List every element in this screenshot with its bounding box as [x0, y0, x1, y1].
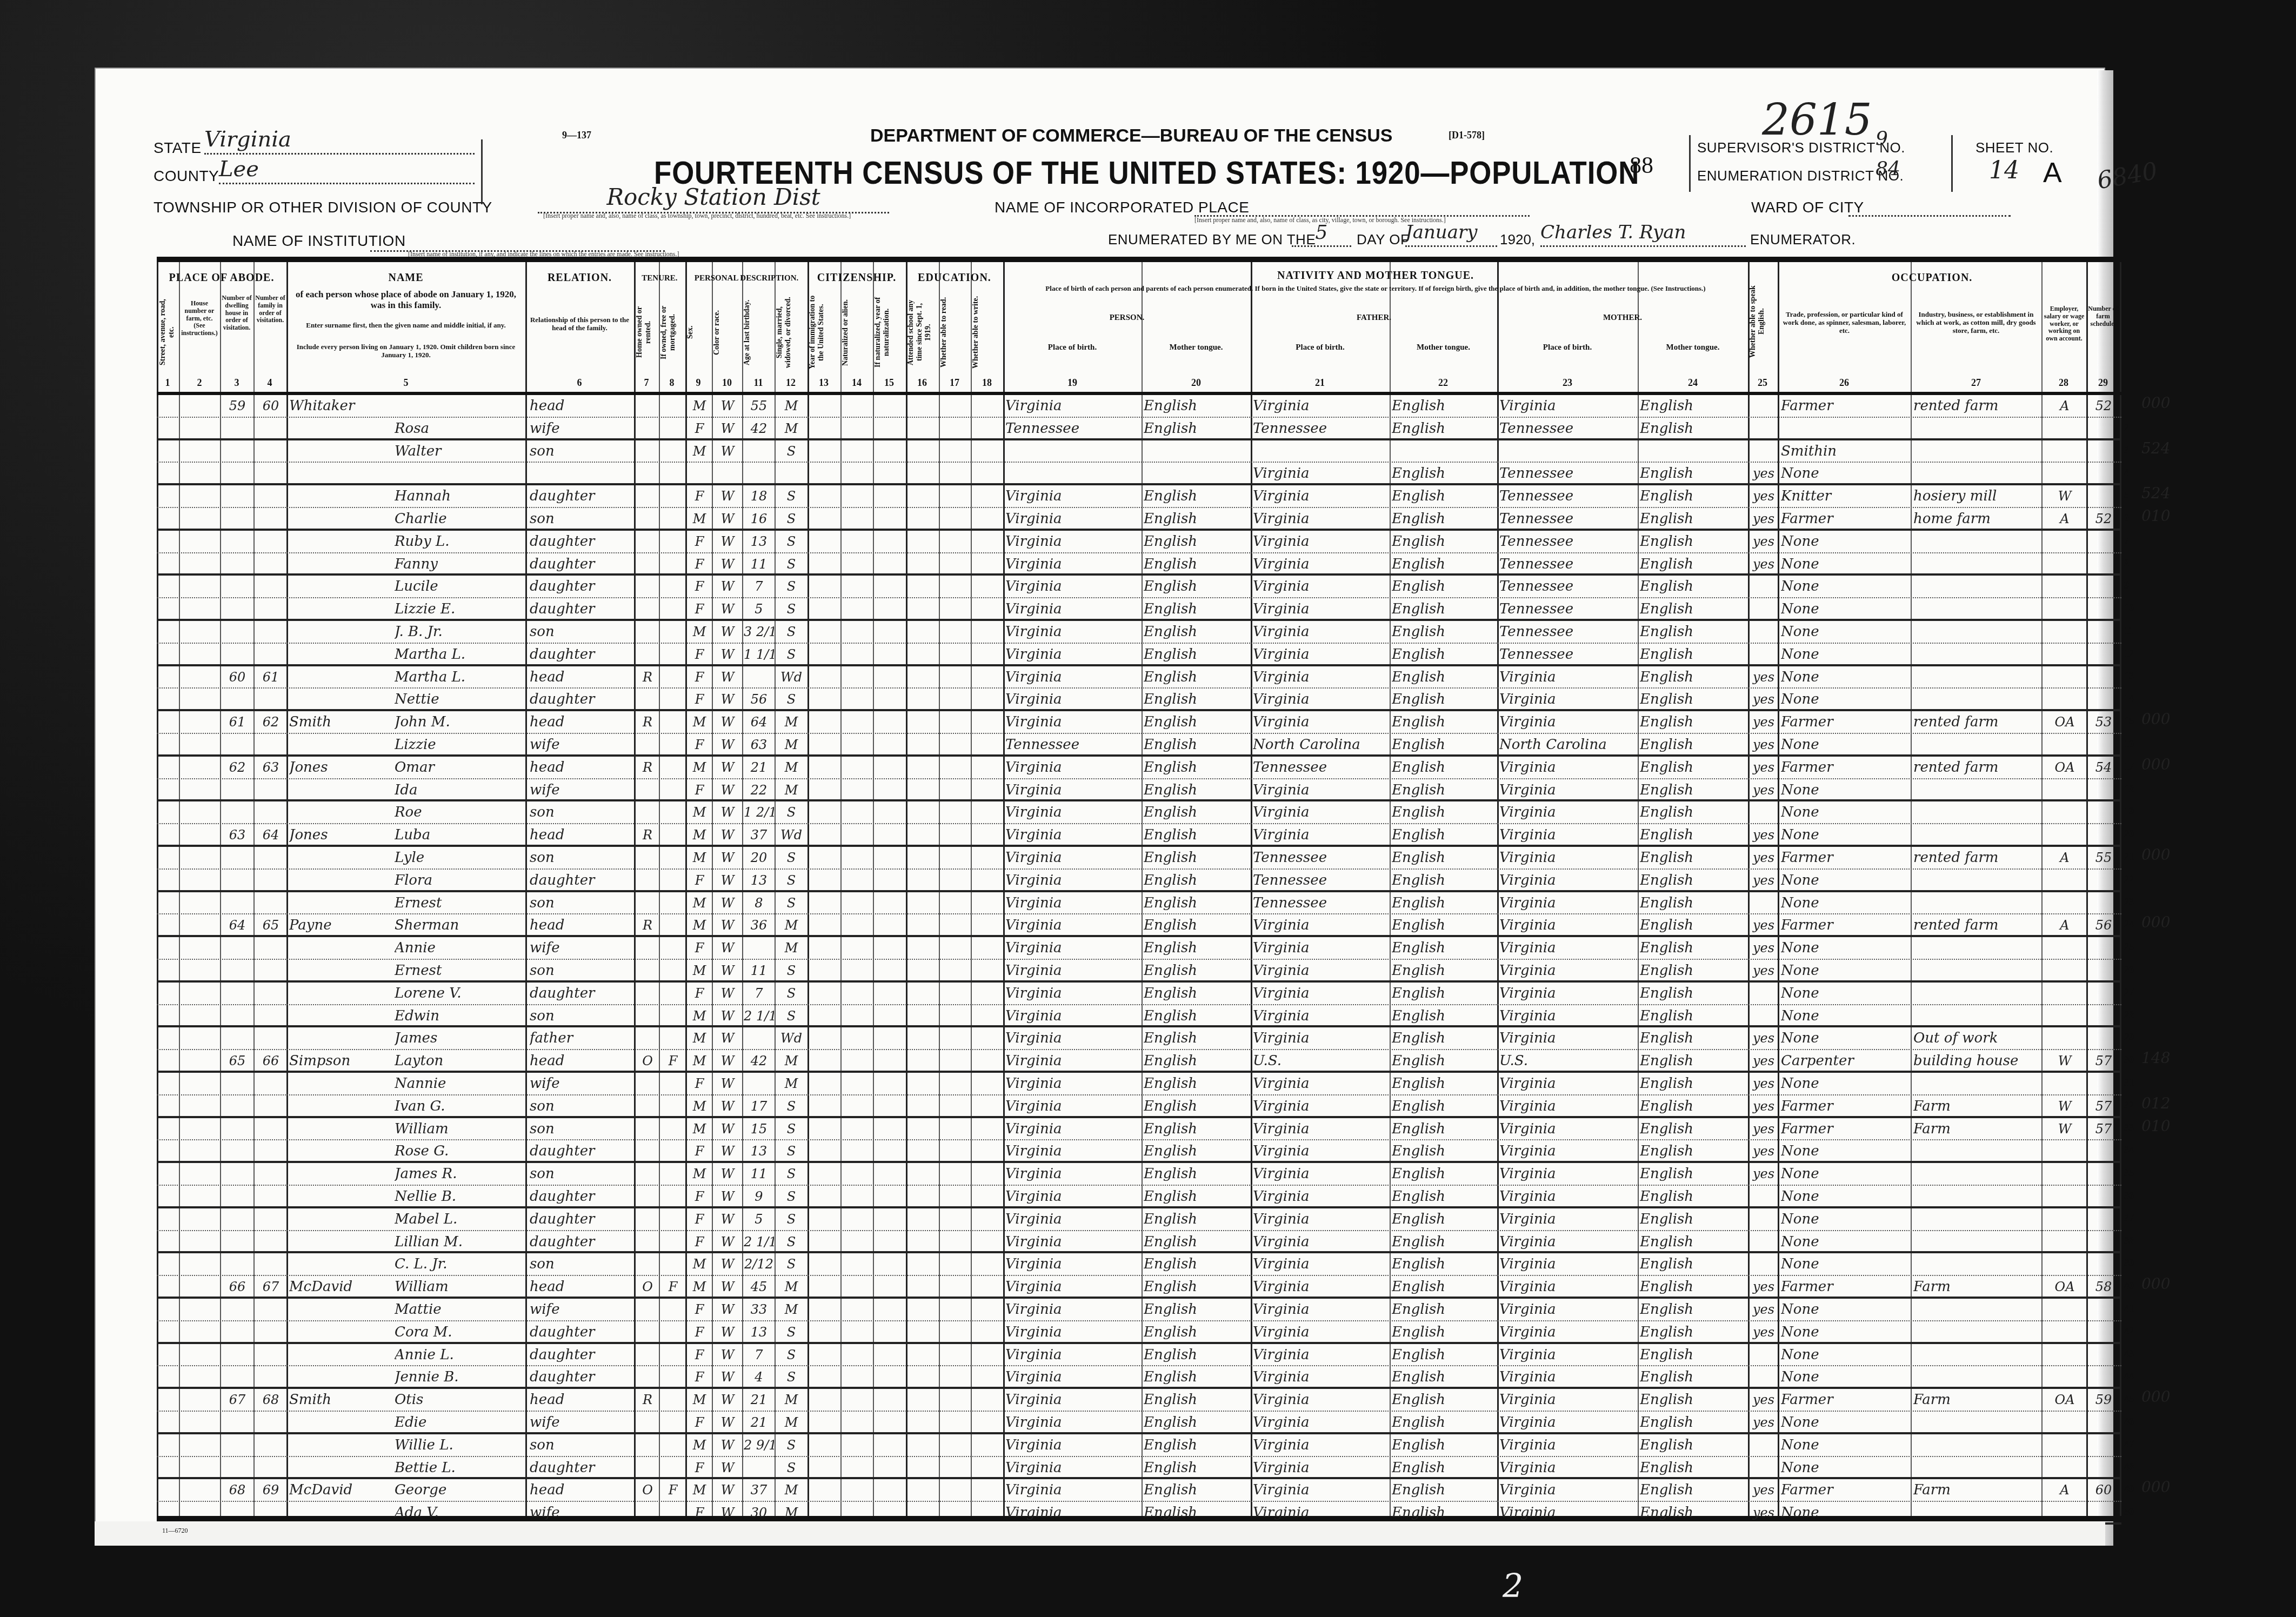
- farm-schedule-cell: 60: [2088, 1480, 2119, 1500]
- employer-class-cell: A: [2044, 848, 2085, 867]
- father-tongue-cell: English: [1392, 1277, 1496, 1297]
- mother-birthplace-cell: Virginia: [1499, 1164, 1636, 1184]
- given-name-cell: Lyle: [395, 848, 524, 867]
- father-birthplace-cell: Virginia: [1253, 1097, 1388, 1116]
- table-row: LylesonMW20SVirginiaEnglishTennesseeEngl…: [157, 847, 2121, 870]
- birthplace-cell: Tennessee: [1005, 419, 1140, 438]
- mortgage-cell: [661, 667, 685, 687]
- birthplace-cell: Virginia: [1005, 1254, 1140, 1274]
- mother-tongue-cell: English: [1640, 396, 1747, 416]
- mother-tongue-cell: English: [1144, 509, 1249, 529]
- relation-cell: daughter: [530, 486, 632, 506]
- marital-cell: M: [776, 1051, 806, 1071]
- mortgage-cell: [661, 1119, 685, 1139]
- speak-english-cell: [1750, 1187, 1777, 1206]
- mother-tongue-cell: English: [1640, 1345, 1747, 1365]
- line-number: 48: [2124, 1461, 2134, 1473]
- table-row: HannahdaughterFW18SVirginiaEnglishVirgin…: [157, 485, 2121, 508]
- mother-tongue-cell: English: [1640, 938, 1747, 958]
- tenure-cell: [637, 1164, 658, 1184]
- header-col11: Age at last birthday.: [743, 295, 773, 370]
- birthplace-cell: Virginia: [1005, 667, 1140, 687]
- given-name-cell: Otis: [395, 1390, 524, 1409]
- dwelling-number: 60: [222, 667, 253, 687]
- father-birthplace-cell: Virginia: [1253, 1254, 1388, 1274]
- mother-birthplace-cell: Tennessee: [1499, 509, 1636, 529]
- line-number: 10: [2124, 603, 2134, 614]
- sheet-side: A: [2043, 157, 2062, 189]
- industry-cell: [1913, 780, 2040, 800]
- farm-schedule-cell: 52: [2088, 509, 2119, 529]
- trade-cell: None: [1781, 577, 1910, 596]
- marital-cell: S: [776, 1345, 806, 1365]
- table-row: 6566SimpsonLaytonheadOFMW42MVirginiaEngl…: [157, 1050, 2121, 1073]
- given-name-cell: Willie L.: [395, 1435, 524, 1455]
- mother-birthplace-cell: North Carolina: [1499, 735, 1636, 754]
- speak-english-cell: yes: [1750, 532, 1777, 551]
- father-tongue-cell: English: [1392, 1051, 1496, 1071]
- given-name-cell: Bettie L.: [395, 1458, 524, 1478]
- mother-tongue-cell: English: [1144, 1367, 1249, 1387]
- mortgage-cell: [661, 780, 685, 800]
- tenure-cell: [637, 1345, 658, 1365]
- employer-class-cell: W: [2044, 1119, 2085, 1139]
- marital-cell: S: [776, 984, 806, 1003]
- industry-cell: [1913, 464, 2040, 483]
- age-cell: 33: [744, 1300, 774, 1319]
- mother-birthplace-cell: Virginia: [1499, 961, 1636, 980]
- tenure-cell: [637, 1210, 658, 1229]
- family-number: [255, 1119, 286, 1139]
- mother-tongue-cell: English: [1144, 599, 1249, 619]
- industry-cell: [1913, 825, 2040, 845]
- marital-cell: S: [776, 622, 806, 642]
- relation-cell: son: [530, 1006, 632, 1026]
- dwelling-number: [222, 1435, 253, 1455]
- farm-schedule-cell: 58: [2088, 1277, 2119, 1297]
- speak-english-cell: [1750, 396, 1777, 416]
- relation-cell: father: [530, 1028, 632, 1048]
- dwelling-number: [222, 848, 253, 867]
- sex-cell: F: [688, 554, 711, 574]
- family-number: [255, 1028, 286, 1048]
- age-cell: 11: [744, 1164, 774, 1184]
- trade-cell: None: [1781, 1367, 1910, 1387]
- birthplace-cell: Virginia: [1005, 871, 1140, 890]
- mother-tongue-cell: English: [1144, 803, 1249, 822]
- mother-tongue-cell: English: [1640, 464, 1747, 483]
- industry-cell: [1913, 984, 2040, 1003]
- given-name-cell: Cora M.: [395, 1322, 524, 1342]
- race-cell: W: [714, 645, 741, 664]
- family-number: 62: [255, 712, 286, 732]
- birthplace-cell: Virginia: [1005, 1074, 1140, 1093]
- employer-class-cell: [2044, 1435, 2085, 1455]
- industry-cell: [1913, 1503, 2040, 1522]
- tenure-cell: [637, 1503, 658, 1522]
- industry-cell: [1913, 1006, 2040, 1026]
- given-name-cell: Lizzie: [395, 735, 524, 754]
- industry-cell: [1913, 690, 2040, 709]
- family-number: [255, 848, 286, 867]
- race-cell: W: [714, 1413, 741, 1432]
- township-label: TOWNSHIP OR OTHER DIVISION OF COUNTY: [153, 199, 492, 216]
- sex-cell: F: [688, 1345, 711, 1365]
- birthplace-cell: Virginia: [1005, 1006, 1140, 1026]
- father-tongue-cell: English: [1392, 780, 1496, 800]
- relation-cell: daughter: [530, 690, 632, 709]
- employer-class-cell: [2044, 1028, 2085, 1048]
- tenure-cell: [637, 622, 658, 642]
- form-mark: 11—6720: [162, 1527, 188, 1535]
- mother-birthplace-cell: Tennessee: [1499, 577, 1636, 596]
- given-name-cell: George: [395, 1480, 524, 1500]
- line-number: 30: [2124, 1054, 2134, 1066]
- dwelling-number: [222, 690, 253, 709]
- mother-birthplace-cell: Virginia: [1499, 1413, 1636, 1432]
- race-cell: W: [714, 1074, 741, 1093]
- given-name-cell: Annie: [395, 938, 524, 958]
- industry-cell: Farm: [1913, 1480, 2040, 1500]
- county-label: COUNTY: [153, 168, 219, 185]
- table-row: Jennie B.daughterFW4SVirginiaEnglishVirg…: [157, 1366, 2121, 1389]
- birthplace-cell: Virginia: [1005, 1141, 1140, 1161]
- header-father-mt: Mother tongue.: [1390, 343, 1497, 352]
- race-cell: W: [714, 1232, 741, 1252]
- race-cell: W: [714, 1345, 741, 1365]
- father-birthplace-cell: Virginia: [1253, 622, 1388, 642]
- header-occupation: OCCUPATION.: [1778, 272, 2086, 284]
- father-birthplace-cell: Virginia: [1253, 712, 1388, 732]
- line-number: 34: [2124, 1145, 2134, 1156]
- mother-tongue-cell: English: [1640, 1006, 1747, 1026]
- mother-tongue-cell: English: [1640, 690, 1747, 709]
- sex-cell: M: [688, 622, 711, 642]
- mother-tongue-cell: English: [1640, 1051, 1747, 1071]
- industry-cell: [1913, 735, 2040, 754]
- mortgage-cell: [661, 1390, 685, 1409]
- father-birthplace-cell: Virginia: [1253, 1458, 1388, 1478]
- employer-class-cell: [2044, 893, 2085, 913]
- tenure-cell: [637, 419, 658, 438]
- column-number: 19: [1062, 377, 1083, 389]
- header-person-mt: Mother tongue.: [1142, 343, 1251, 352]
- tenure-cell: [637, 893, 658, 913]
- age-cell: 37: [744, 1480, 774, 1500]
- column-number: 18: [976, 377, 998, 389]
- age-cell: 42: [744, 419, 774, 438]
- farm-schedule-cell: 56: [2088, 916, 2119, 935]
- tenure-cell: [637, 577, 658, 596]
- mortgage-cell: [661, 509, 685, 529]
- industry-cell: home farm: [1913, 509, 2040, 529]
- age-cell: 5: [744, 1210, 774, 1229]
- employer-class-cell: [2044, 1300, 2085, 1319]
- mother-tongue-cell: English: [1640, 1458, 1747, 1478]
- line-number: 38: [2124, 1235, 2134, 1247]
- line-number: 31: [2124, 1077, 2134, 1088]
- mortgage-cell: [661, 419, 685, 438]
- age-cell: 11: [744, 554, 774, 574]
- family-number: 63: [255, 758, 286, 777]
- speak-english-cell: [1750, 1367, 1777, 1387]
- race-cell: W: [714, 1187, 741, 1206]
- family-number: 66: [255, 1051, 286, 1071]
- marital-cell: M: [776, 916, 806, 935]
- family-number: [255, 1435, 286, 1455]
- sex-cell: M: [688, 1435, 711, 1455]
- father-tongue-cell: English: [1392, 848, 1496, 867]
- dwelling-number: [222, 871, 253, 890]
- age-cell: 13: [744, 532, 774, 551]
- table-row: NanniewifeFWMVirginiaEnglishVirginiaEngl…: [157, 1073, 2121, 1095]
- speak-english-cell: yes: [1750, 1164, 1777, 1184]
- header-col8: If owned, free or mortgaged.: [660, 295, 684, 370]
- race-cell: W: [714, 916, 741, 935]
- farm-schedule-cell: [2088, 1367, 2119, 1387]
- trade-cell: Farmer: [1781, 396, 1910, 416]
- given-name-cell: Ruby L.: [395, 532, 524, 551]
- birthplace-cell: Virginia: [1005, 1390, 1140, 1409]
- family-number: [255, 1141, 286, 1161]
- father-tongue-cell: English: [1392, 1187, 1496, 1206]
- table-row: CharliesonMW16SVirginiaEnglishVirginiaEn…: [157, 508, 2121, 531]
- table-row: RosawifeFW42MTennesseeEnglishTennesseeEn…: [157, 418, 2121, 440]
- district-bracket-left: [1689, 135, 1691, 192]
- birthplace-cell: Virginia: [1005, 1277, 1140, 1297]
- relation-cell: son: [530, 509, 632, 529]
- race-cell: W: [714, 532, 741, 551]
- speak-english-cell: yes: [1750, 780, 1777, 800]
- bottom-note: 2: [1503, 1567, 1523, 1605]
- dwelling-number: [222, 1254, 253, 1274]
- column-number: 15: [878, 377, 900, 389]
- farm-schedule-cell: 52: [2088, 396, 2119, 416]
- given-name-cell: Hannah: [395, 486, 524, 506]
- farm-schedule-cell: [2088, 938, 2119, 958]
- age-cell: 2/12: [744, 1254, 774, 1274]
- marital-cell: M: [776, 1277, 806, 1297]
- mother-tongue-cell: English: [1144, 1503, 1249, 1522]
- sex-cell: M: [688, 758, 711, 777]
- dwelling-number: 64: [222, 916, 253, 935]
- header-col14: Naturalized or alien.: [842, 295, 872, 370]
- race-cell: W: [714, 893, 741, 913]
- father-birthplace-cell: Tennessee: [1253, 758, 1388, 777]
- header-col2: House number or farm, etc. (See instruct…: [180, 300, 219, 337]
- relation-cell: head: [530, 1480, 632, 1500]
- mother-tongue-cell: English: [1640, 509, 1747, 529]
- margin-code: 000: [2141, 846, 2170, 864]
- industry-cell: [1913, 622, 2040, 642]
- given-name-cell: Lucile: [395, 577, 524, 596]
- header-tenure: TENURE.: [634, 274, 685, 283]
- trade-cell: None: [1781, 1006, 1910, 1026]
- mother-tongue-cell: English: [1144, 1300, 1249, 1319]
- trade-cell: None: [1781, 871, 1910, 890]
- race-cell: W: [714, 825, 741, 845]
- farm-schedule-cell: 59: [2088, 1390, 2119, 1409]
- state-field: Virginia: [204, 127, 475, 155]
- mother-birthplace-cell: Virginia: [1499, 1277, 1636, 1297]
- industry-cell: Farm: [1913, 1119, 2040, 1139]
- table-row: Rose G.daughterFW13SVirginiaEnglishVirgi…: [157, 1140, 2121, 1163]
- trade-cell: None: [1781, 1435, 1910, 1455]
- family-number: 67: [255, 1277, 286, 1297]
- line-number: 4: [2124, 467, 2129, 478]
- given-name-cell: Ivan G.: [395, 1097, 524, 1116]
- birthplace-cell: Virginia: [1005, 961, 1140, 980]
- relation-cell: son: [530, 893, 632, 913]
- given-name-cell: Edie: [395, 1413, 524, 1432]
- mother-tongue-cell: English: [1144, 848, 1249, 867]
- header-place-of-abode: PLACE OF ABODE.: [157, 272, 286, 284]
- farm-schedule-cell: [2088, 554, 2119, 574]
- header-education: EDUCATION.: [906, 272, 1003, 284]
- age-cell: 1 2/12: [744, 803, 774, 822]
- age-cell: 5: [744, 599, 774, 619]
- employer-class-cell: A: [2044, 916, 2085, 935]
- speak-english-cell: [1750, 1458, 1777, 1478]
- mortgage-cell: [661, 961, 685, 980]
- table-row: James R.sonMW11SVirginiaEnglishVirginiaE…: [157, 1163, 2121, 1186]
- race-cell: W: [714, 1300, 741, 1319]
- dwelling-number: [222, 1210, 253, 1229]
- family-number: [255, 961, 286, 980]
- father-birthplace-cell: Virginia: [1253, 690, 1388, 709]
- mortgage-cell: [661, 486, 685, 506]
- trade-cell: None: [1781, 1074, 1910, 1093]
- speak-english-cell: yes: [1750, 1074, 1777, 1093]
- speak-english-cell: yes: [1750, 690, 1777, 709]
- mother-birthplace-cell: Virginia: [1499, 1119, 1636, 1139]
- birthplace-cell: Virginia: [1005, 599, 1140, 619]
- relation-cell: son: [530, 622, 632, 642]
- family-number: [255, 893, 286, 913]
- mother-tongue-cell: English: [1144, 825, 1249, 845]
- father-tongue-cell: English: [1392, 735, 1496, 754]
- farm-schedule-cell: [2088, 1435, 2119, 1455]
- sex-cell: F: [688, 645, 711, 664]
- trade-cell: None: [1781, 1028, 1910, 1048]
- father-tongue-cell: English: [1392, 1006, 1496, 1026]
- sex-cell: F: [688, 532, 711, 551]
- dwelling-number: [222, 1232, 253, 1252]
- farm-schedule-cell: [2088, 622, 2119, 642]
- dwelling-number: [222, 1074, 253, 1093]
- speak-english-cell: [1750, 1210, 1777, 1229]
- father-birthplace-cell: Tennessee: [1253, 893, 1388, 913]
- mortgage-cell: [661, 1232, 685, 1252]
- farm-schedule-cell: 57: [2088, 1119, 2119, 1139]
- mother-birthplace-cell: Tennessee: [1499, 532, 1636, 551]
- dwelling-number: [222, 645, 253, 664]
- mother-tongue-cell: English: [1640, 712, 1747, 732]
- farm-schedule-cell: [2088, 1345, 2119, 1365]
- table-row: 6162SmithJohn M.headRMW64MVirginiaEnglis…: [157, 711, 2121, 734]
- father-birthplace-cell: [1253, 442, 1388, 461]
- marital-cell: S: [776, 803, 806, 822]
- given-name-cell: Ada V.: [395, 1503, 524, 1522]
- trade-cell: Knitter: [1781, 486, 1910, 506]
- relation-cell: head: [530, 758, 632, 777]
- mortgage-cell: [661, 916, 685, 935]
- age-cell: 7: [744, 1345, 774, 1365]
- dwelling-number: 63: [222, 825, 253, 845]
- tenure-cell: O: [637, 1480, 658, 1500]
- mother-tongue-cell: English: [1144, 916, 1249, 935]
- industry-cell: [1913, 1413, 2040, 1432]
- birthplace-cell: Virginia: [1005, 984, 1140, 1003]
- line-number: 23: [2124, 897, 2134, 908]
- mother-tongue-cell: English: [1144, 961, 1249, 980]
- header-person-pob: Place of birth.: [1003, 343, 1142, 352]
- trade-cell: None: [1781, 464, 1910, 483]
- mother-tongue-cell: English: [1144, 1187, 1249, 1206]
- age-cell: [744, 442, 774, 461]
- birthplace-cell: Virginia: [1005, 938, 1140, 958]
- employer-class-cell: [2044, 690, 2085, 709]
- father-birthplace-cell: Virginia: [1253, 825, 1388, 845]
- header-name-desc-3: Include every person living on January 1…: [292, 343, 520, 359]
- table-row: 6364JonesLubaheadRMW37WdVirginiaEnglishV…: [157, 824, 2121, 847]
- marital-cell: S: [776, 442, 806, 461]
- speak-english-cell: [1750, 1232, 1777, 1252]
- sex-cell: F: [688, 1210, 711, 1229]
- speak-english-cell: yes: [1750, 1413, 1777, 1432]
- district-bracket-right: [1951, 135, 1953, 192]
- father-birthplace-cell: U.S.: [1253, 1051, 1388, 1071]
- mother-tongue-cell: English: [1144, 1254, 1249, 1274]
- table-row: 6768SmithOtisheadRMW21MVirginiaEnglishVi…: [157, 1389, 2121, 1412]
- line-number: 44: [2124, 1371, 2134, 1382]
- sex-cell: F: [688, 1074, 711, 1093]
- race-cell: W: [714, 871, 741, 890]
- mother-tongue-cell: English: [1144, 1006, 1249, 1026]
- line-number: 37: [2124, 1213, 2134, 1224]
- family-number: [255, 1458, 286, 1478]
- sex-cell: F: [688, 1141, 711, 1161]
- line-number: 5: [2124, 490, 2129, 501]
- table-row: Lillian M.daughterFW2 1/12SVirginiaEngli…: [157, 1231, 2121, 1254]
- father-tongue-cell: English: [1392, 622, 1496, 642]
- mother-tongue-cell: English: [1640, 1232, 1747, 1252]
- margin-code: 000: [2141, 710, 2170, 728]
- mother-tongue-cell: [1144, 442, 1249, 461]
- employer-class-cell: [2044, 577, 2085, 596]
- mother-birthplace-cell: Tennessee: [1499, 486, 1636, 506]
- table-row: EdwinsonMW2 1/12SVirginiaEnglishVirginia…: [157, 1005, 2121, 1028]
- mother-tongue-cell: English: [1640, 1300, 1747, 1319]
- farm-schedule-cell: [2088, 803, 2119, 822]
- age-cell: 30: [744, 1503, 774, 1522]
- marital-cell: M: [776, 1300, 806, 1319]
- father-tongue-cell: English: [1392, 419, 1496, 438]
- mother-tongue-cell: English: [1144, 1051, 1249, 1071]
- trade-cell: Farmer: [1781, 712, 1910, 732]
- mother-birthplace-cell: Virginia: [1499, 1254, 1636, 1274]
- mortgage-cell: [661, 758, 685, 777]
- trade-cell: None: [1781, 803, 1910, 822]
- family-number: [255, 984, 286, 1003]
- sex-cell: F: [688, 690, 711, 709]
- father-birthplace-cell: Virginia: [1253, 1164, 1388, 1184]
- father-tongue-cell: English: [1392, 396, 1496, 416]
- mother-birthplace-cell: Virginia: [1499, 1097, 1636, 1116]
- given-name-cell: Rose G.: [395, 1141, 524, 1161]
- mother-tongue-cell: English: [1640, 1164, 1747, 1184]
- table-row: C. L. Jr.sonMW2/12SVirginiaEnglishVirgin…: [157, 1253, 2121, 1276]
